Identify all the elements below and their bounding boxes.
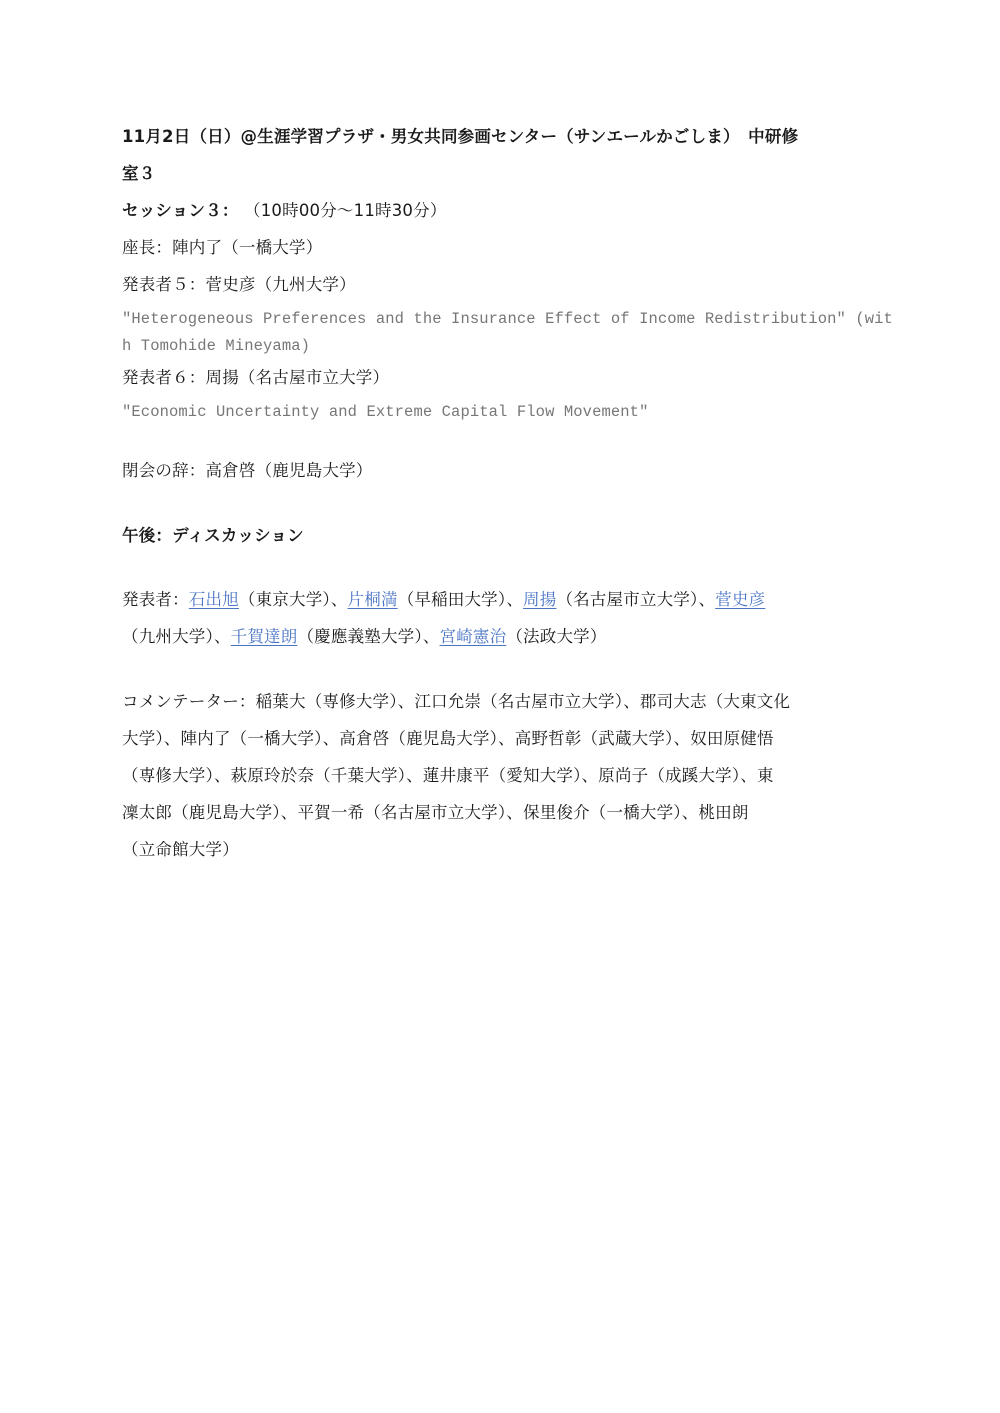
commentators-line-2: 大学）、陣内了（一橋大学）、高倉啓（鹿児島大学）、高野哲彰（武蔵大学）、奴田原健… [122,729,774,749]
affiliation: （慶應義塾大学）、 [297,627,439,646]
presenter-link-senga[interactable]: 千賀達朗 [231,627,298,646]
venue-line-1: 11月2日（日）@生涯学習プラザ・男女共同参画センター（サンエールかごしま） 中… [122,127,798,147]
affiliation: （東京大学）、 [239,590,348,609]
presenter-link-ishide[interactable]: 石出旭 [189,590,239,609]
presenter-link-zhou[interactable]: 周揚 [523,590,556,609]
presenter-5-paper-line-1: "Heterogeneous Preferences and the Insur… [122,309,893,329]
commentators-line-1: コメンテーター：稲葉大（専修大学）、江口允崇（名古屋市立大学）、郡司大志（大東文… [122,692,790,712]
presenter-6-paper: "Economic Uncertainty and Extreme Capita… [122,402,648,422]
affiliation: （九州大学）、 [122,627,231,646]
presenter-link-miyazaki[interactable]: 宮崎憲治 [440,627,507,646]
afternoon-heading: 午後：ディスカッション [122,526,304,546]
presenters-line-2: （九州大学）、千賀達朗（慶應義塾大学）、宮崎憲治（法政大学） [122,627,607,647]
closing-remarks: 閉会の辞：高倉啓（鹿児島大学） [122,461,373,481]
presenter-5: 発表者５：菅史彦（九州大学） [122,275,356,295]
affiliation: （早稲田大学）、 [398,590,523,609]
commentators-line-3: （専修大学）、萩原玲於奈（千葉大学）、蓮井康平（愛知大学）、原尚子（成蹊大学）、… [122,766,774,786]
affiliation: （法政大学） [506,627,606,646]
affiliation: （名古屋市立大学）、 [556,590,715,609]
presenter-link-kan[interactable]: 菅史彦 [715,590,765,609]
presenter-link-katagiri[interactable]: 片桐満 [348,590,398,609]
session-title: セッション３： [122,201,239,220]
session-chair: 座長：陣内了（一橋大学） [122,238,322,258]
presenters-line-1: 発表者：石出旭（東京大学）、片桐満（早稲田大学）、周揚（名古屋市立大学）、菅史彦 [122,590,765,610]
presenters-label: 発表者： [122,590,189,609]
session-time: （10時00分～11時30分） [244,201,446,220]
commentators-line-5: （立命館大学） [122,840,239,860]
session-heading: セッション３： （10時00分～11時30分） [122,201,447,221]
venue-line-2: 室３ [122,164,155,184]
presenter-6: 発表者６：周揚（名古屋市立大学） [122,368,389,388]
presenter-5-paper-line-2: h Tomohide Mineyama) [122,336,310,356]
commentators-line-4: 凜太郎（鹿児島大学）、平賀一希（名古屋市立大学）、保里俊介（一橋大学）、桃田朗 [122,803,749,823]
